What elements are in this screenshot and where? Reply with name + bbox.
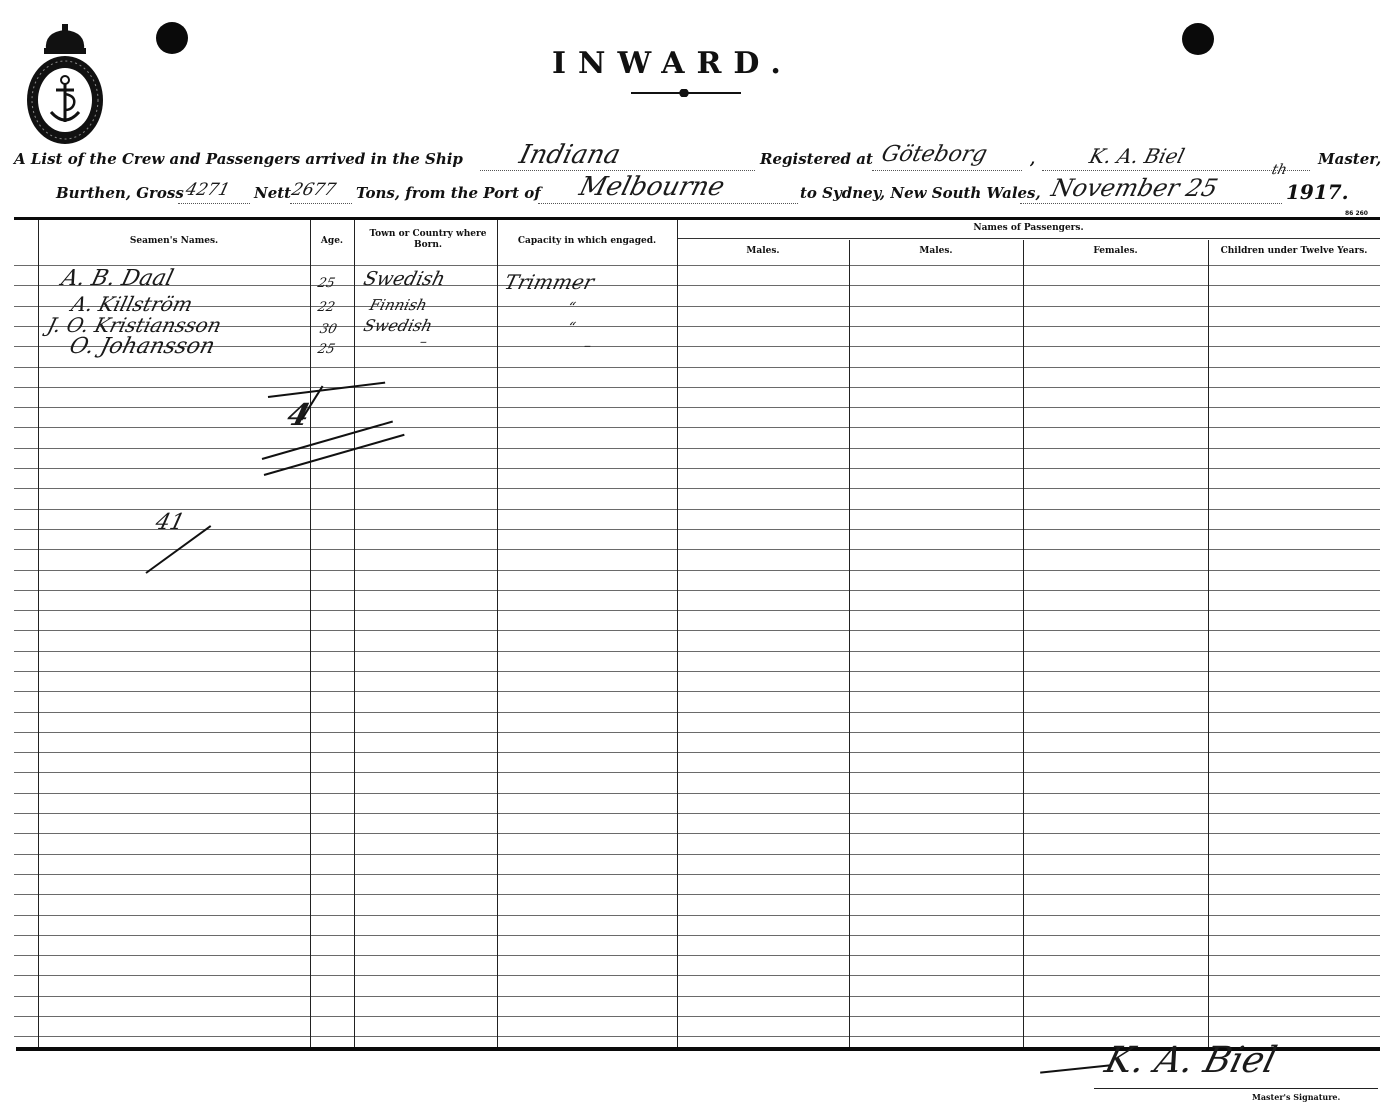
nett-label: Nett [254, 184, 291, 202]
year-field: 1917. [1286, 180, 1349, 204]
ruled-line [14, 772, 1380, 773]
crew-age-3: 30 [318, 322, 338, 337]
header-females: Females. [1023, 246, 1208, 257]
col-line-age [310, 220, 311, 1048]
ruled-line [14, 691, 1380, 692]
ruled-line [14, 346, 1380, 347]
comma: , [1030, 150, 1035, 168]
ruled-line [14, 915, 1380, 916]
crew-born-3: Swedish [362, 316, 435, 335]
total-underline [268, 382, 385, 398]
signature-swoosh [1040, 1064, 1110, 1073]
ship-name-field-line [480, 170, 755, 171]
col-line-born [354, 220, 355, 1048]
signature-line [1094, 1088, 1378, 1089]
ruled-line [14, 833, 1380, 834]
date-field-line [1020, 203, 1282, 204]
registered-port-field: Göteborg [879, 142, 990, 167]
ruled-line [14, 712, 1380, 713]
col-line-males2 [849, 240, 850, 1048]
to-sydney-label: to Sydney, New South Wales, [800, 184, 1041, 202]
ruled-line [14, 549, 1380, 550]
crown-anchor-emblem-icon [24, 24, 106, 146]
registered-label: Registered at [760, 150, 873, 168]
ruled-line [14, 732, 1380, 733]
punch-hole-right [1182, 23, 1214, 55]
ruled-line [14, 407, 1380, 408]
header-males-1: Males. [677, 246, 849, 257]
title-ornament [631, 92, 741, 94]
header-children: Children under Twelve Years. [1208, 246, 1380, 257]
ruled-line [14, 468, 1380, 469]
registered-port-field-line [872, 170, 1022, 171]
crew-born-4: – [418, 334, 429, 350]
ruled-line [14, 488, 1380, 489]
ruled-line [14, 509, 1380, 510]
ruled-line [14, 285, 1380, 286]
col-line-children [1208, 240, 1209, 1048]
margin-mark: 41 [153, 510, 187, 535]
crew-name-4: O. Johansson [67, 334, 217, 359]
crew-name-1: A. B. Daal [59, 266, 176, 291]
header-born: Town or Country where Born. [360, 229, 496, 251]
ruled-line [14, 894, 1380, 895]
double-underline-2 [264, 434, 405, 476]
ruled-line [14, 590, 1380, 591]
date-field: November 25 [1049, 174, 1221, 202]
ruled-line [14, 813, 1380, 814]
form-number: 86 260 [1345, 210, 1368, 217]
master-name-field: K. A. Biel [1087, 144, 1187, 168]
ruled-line [14, 529, 1380, 530]
crew-capacity-2: “ [566, 300, 577, 316]
col-line-females [1023, 240, 1024, 1048]
ruled-line [14, 570, 1380, 571]
gross-tonnage-field: 4271 [184, 180, 232, 200]
crew-age-2: 22 [316, 300, 336, 315]
ruled-line [14, 367, 1380, 368]
punch-hole-left [156, 22, 188, 54]
header-passengers-group: Names of Passengers. [677, 223, 1380, 234]
ruled-line [14, 651, 1380, 652]
header-line1-prefix: A List of the Crew and Passengers arrive… [14, 150, 463, 168]
ruled-line [14, 630, 1380, 631]
master-name-field-line [1042, 170, 1310, 171]
master-label: Master, [1318, 150, 1381, 168]
crew-age-1: 25 [316, 276, 336, 291]
table-top-rule [14, 217, 1380, 220]
ruled-line [14, 955, 1380, 956]
crew-capacity-1: Trimmer [502, 270, 597, 294]
master-signature: K. A. Biel [1101, 1040, 1281, 1081]
from-port-field-line [538, 203, 798, 204]
ship-name-field: Indiana [516, 140, 623, 170]
crew-born-2: Finnish [368, 296, 429, 314]
ruled-line [14, 306, 1380, 307]
gross-field-line [178, 203, 250, 204]
ruled-line [14, 793, 1380, 794]
nett-field-line [290, 203, 352, 204]
burthen-gross-label: Burthen, Gross [56, 184, 184, 202]
nett-tonnage-field: 2677 [290, 180, 338, 200]
crew-age-4: 25 [316, 342, 336, 357]
document-title: INWARD. [552, 46, 832, 82]
from-port-field: Melbourne [576, 172, 727, 202]
crew-born-1: Swedish [361, 268, 447, 290]
header-seamens-names: Seamen's Names. [38, 236, 310, 247]
ruled-line [14, 448, 1380, 449]
tons-from-port-label: Tons, from the Port of [356, 184, 541, 202]
crew-capacity-3: “ [566, 320, 577, 336]
ruled-line [14, 752, 1380, 753]
ruled-line [14, 610, 1380, 611]
header-capacity: Capacity in which engaged. [497, 236, 677, 247]
col-line-left [38, 220, 39, 1048]
ruled-line [14, 1036, 1380, 1037]
ruled-line [14, 975, 1380, 976]
passenger-subheader-rule [677, 238, 1380, 239]
ruled-line [14, 671, 1380, 672]
ruled-line [14, 996, 1380, 997]
col-line-passengers [677, 220, 678, 1048]
ruled-line [14, 265, 1380, 266]
date-suffix: th [1270, 162, 1289, 178]
ruled-line [14, 427, 1380, 428]
ruled-line [14, 874, 1380, 875]
col-line-capacity [497, 220, 498, 1048]
header-males-2: Males. [849, 246, 1023, 257]
ruled-line [14, 1016, 1380, 1017]
signature-label: Master's Signature. [1252, 1092, 1340, 1102]
ruled-line [14, 935, 1380, 936]
ruled-line [14, 854, 1380, 855]
header-age: Age. [310, 236, 354, 247]
ruled-line [14, 387, 1380, 388]
